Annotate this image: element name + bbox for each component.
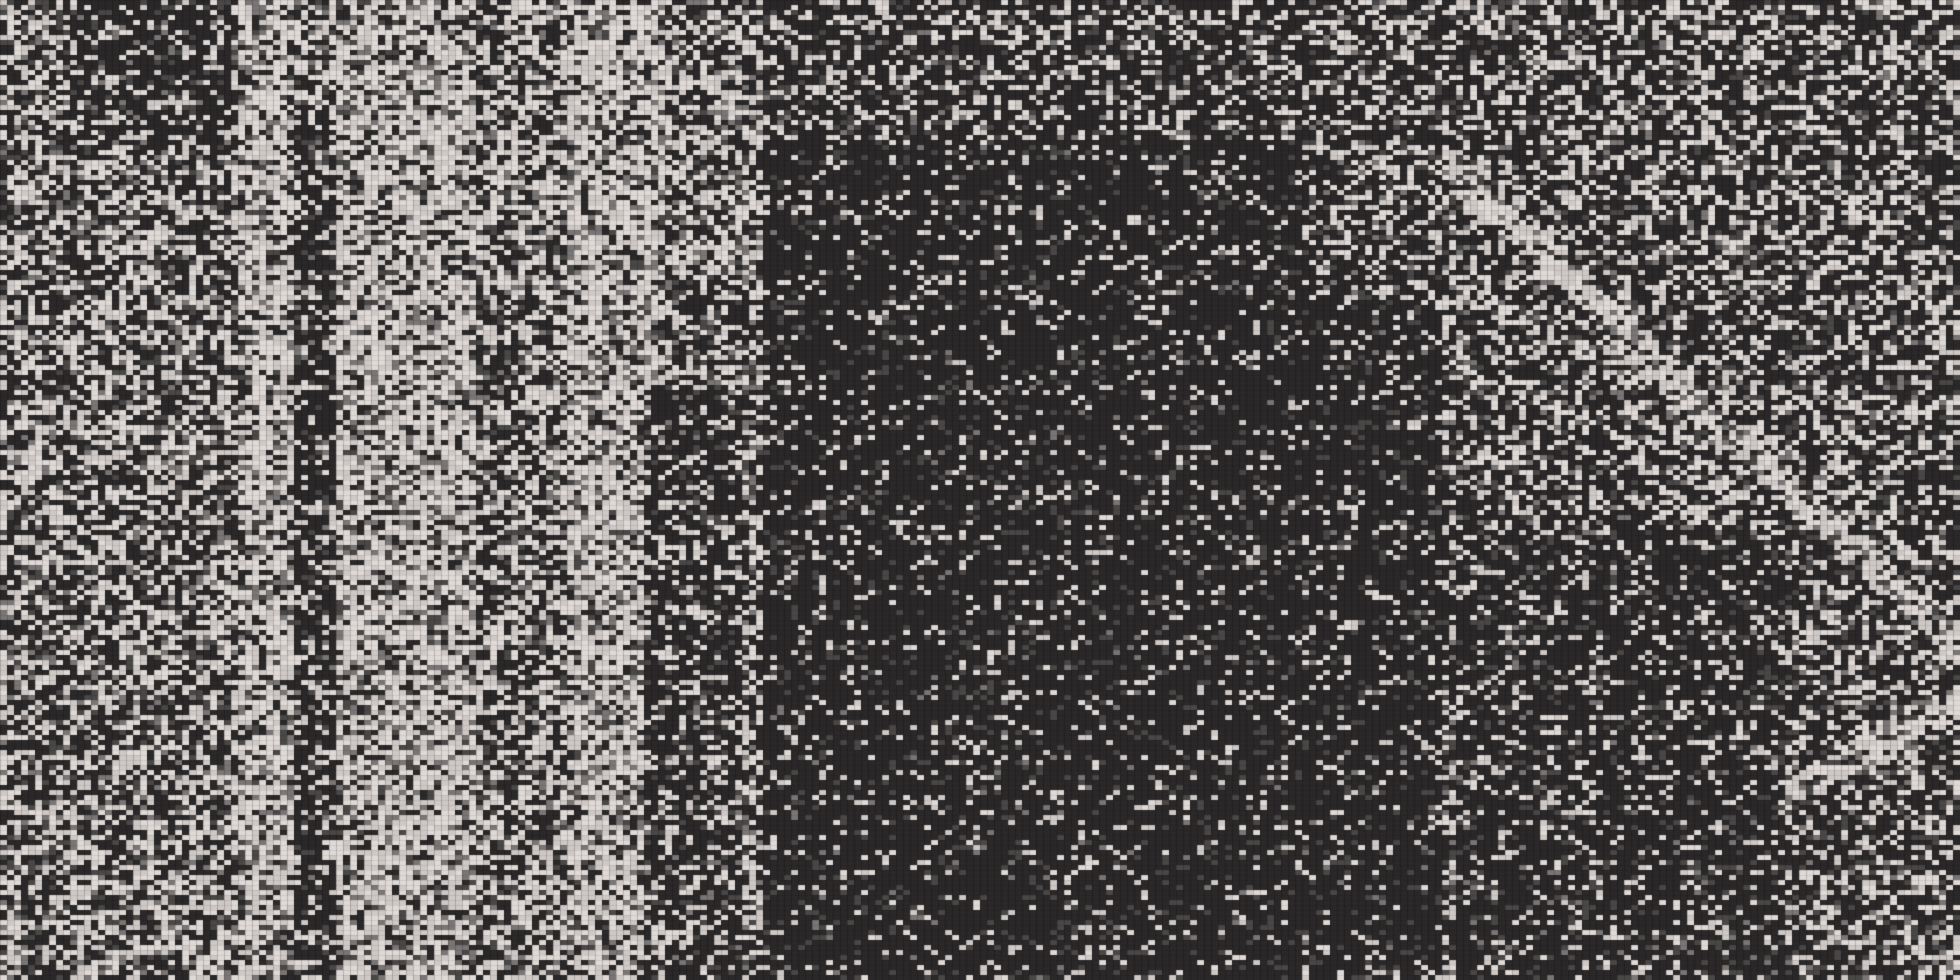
- texture-canvas: [0, 0, 1960, 980]
- carpet-texture-image: [0, 0, 1960, 980]
